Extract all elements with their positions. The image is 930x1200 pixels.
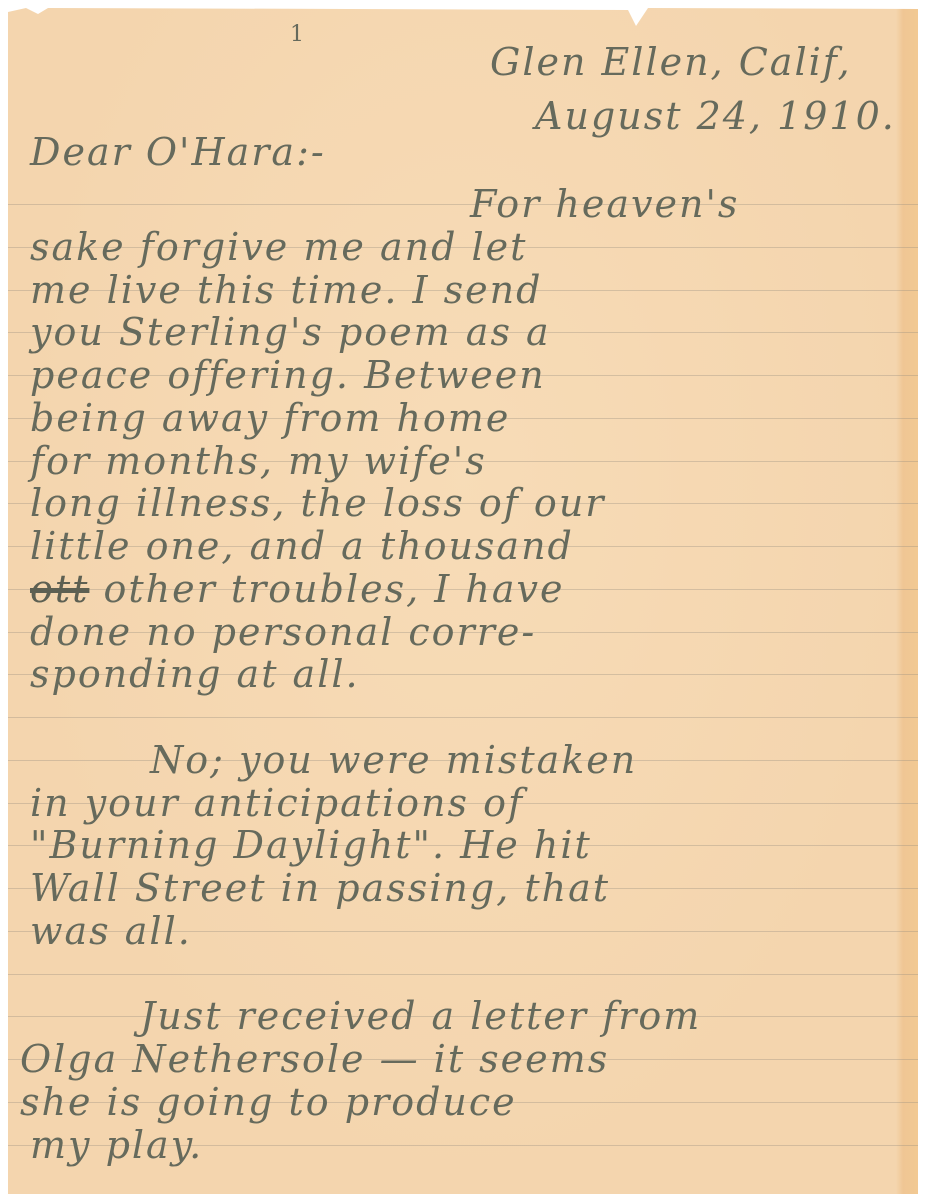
letter-line: done no personal corre- bbox=[30, 610, 536, 654]
letter-line-text: other troubles, I have bbox=[104, 567, 565, 611]
letter-place: Glen Ellen, Calif, bbox=[490, 40, 852, 84]
letter-line: you Sterling's poem as a bbox=[30, 310, 551, 354]
ruled-line bbox=[8, 974, 918, 975]
letter-line: Wall Street in passing, that bbox=[30, 866, 610, 910]
salutation: Dear O'Hara:- bbox=[30, 130, 326, 174]
letter-line: was all. bbox=[30, 909, 192, 953]
letter-line: being away from home bbox=[30, 396, 510, 440]
ruled-line bbox=[8, 204, 918, 205]
letter-line: me live this time. I send bbox=[30, 268, 542, 312]
letter-line-with-strike: ott other troubles, I have bbox=[30, 567, 564, 611]
letter-line: sake forgive me and let bbox=[30, 225, 527, 269]
letter-line: long illness, the loss of our bbox=[30, 481, 605, 525]
letter-line: "Burning Daylight". He hit bbox=[30, 823, 592, 867]
letter-date: August 24, 1910. bbox=[535, 94, 896, 138]
letter-line: in your anticipations of bbox=[30, 781, 524, 825]
letter-line: For heaven's bbox=[470, 182, 739, 226]
letter-line: Just received a letter from bbox=[140, 994, 701, 1038]
letter-line: Olga Nethersole — it seems bbox=[20, 1037, 609, 1081]
letter-line: No; you were mistaken bbox=[150, 738, 637, 782]
letter-line: for months, my wife's bbox=[30, 439, 487, 483]
page-number: 1 bbox=[290, 22, 306, 47]
letter-line: peace offering. Between bbox=[30, 353, 546, 397]
letter-line: sponding at all. bbox=[30, 652, 360, 696]
struck-word: ott bbox=[30, 567, 89, 611]
letter-line: my play. bbox=[30, 1123, 203, 1167]
ruled-line bbox=[8, 717, 918, 718]
letter-line: little one, and a thousand bbox=[30, 524, 574, 568]
letter-line: she is going to produce bbox=[20, 1080, 517, 1124]
